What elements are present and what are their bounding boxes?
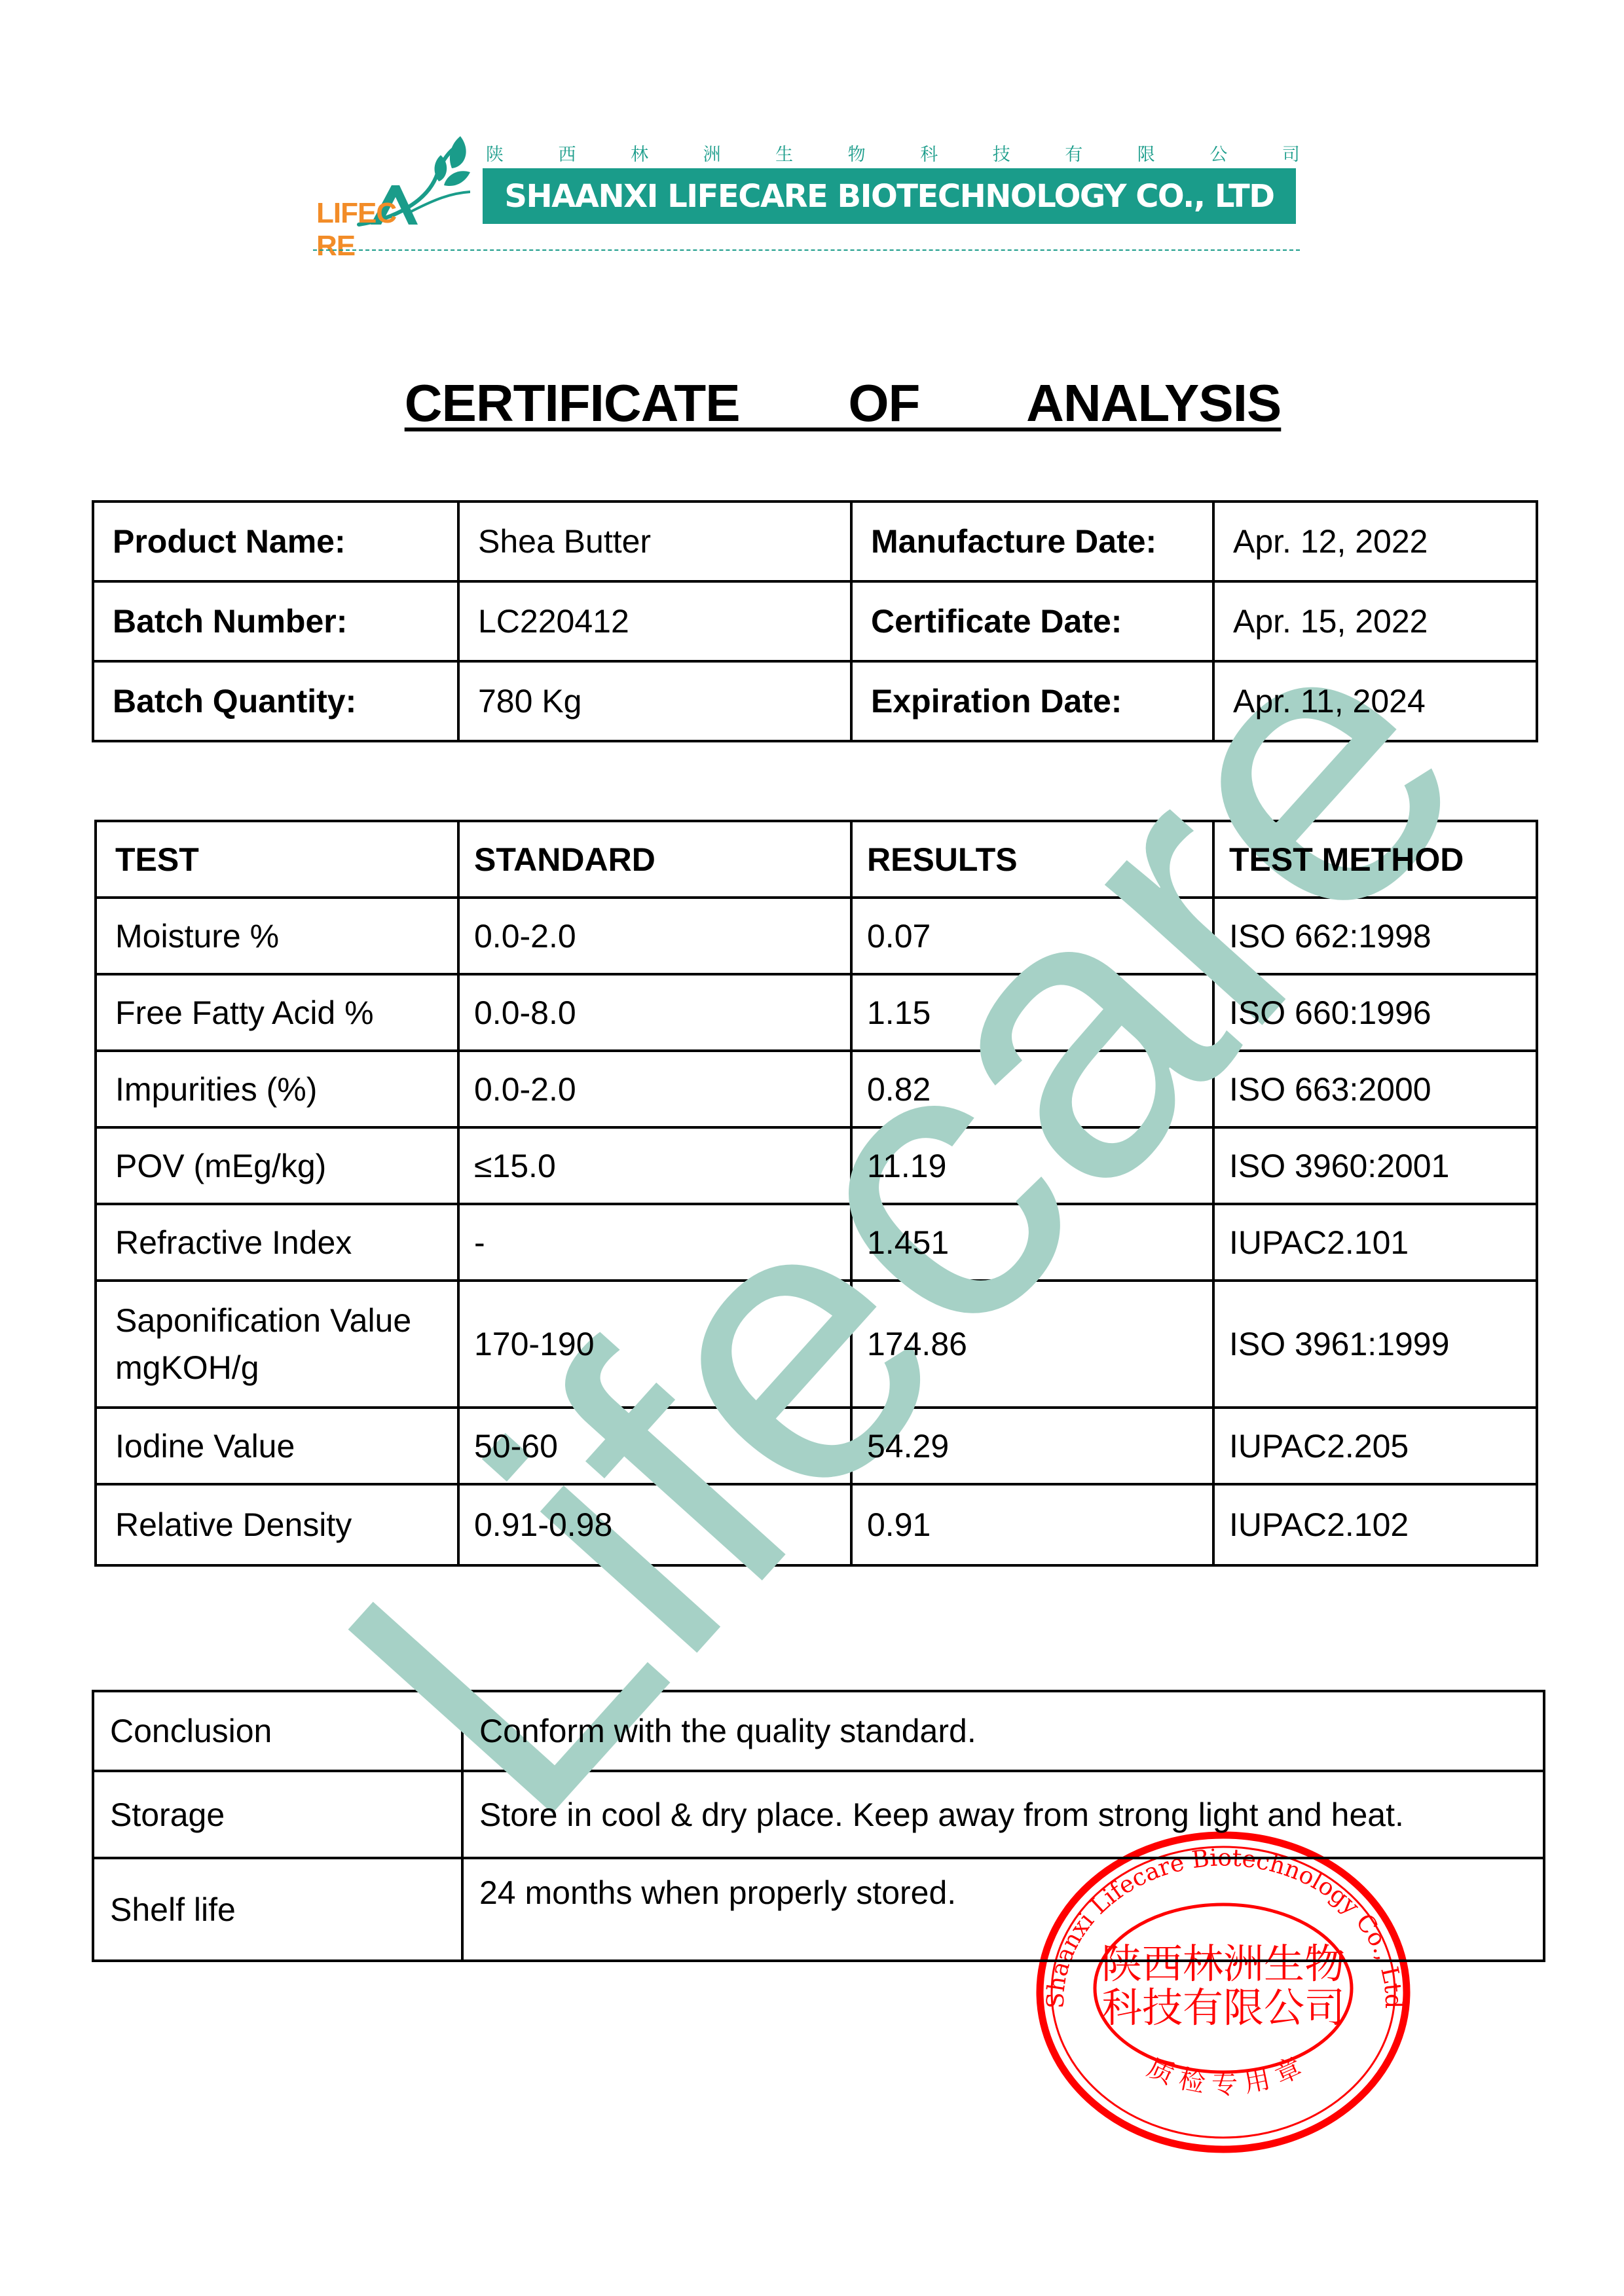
- info-value: Apr. 15, 2022: [1213, 581, 1537, 661]
- cn-char: 司: [1282, 140, 1300, 166]
- info-row: Batch Quantity: 780 Kg Expiration Date: …: [93, 661, 1537, 741]
- test-result: 1.451: [851, 1204, 1213, 1281]
- cn-char: 科: [920, 140, 938, 166]
- logo-word-left: LIFEC: [316, 197, 396, 229]
- info-value: Apr. 12, 2022: [1213, 501, 1537, 581]
- column-header-standard: STANDARD: [458, 821, 851, 898]
- test-standard: 0.0-2.0: [458, 898, 851, 974]
- column-header-test: TEST: [96, 821, 458, 898]
- table-row: Refractive Index - 1.451 IUPAC2.101: [96, 1204, 1537, 1281]
- test-standard: 0.91-0.98: [458, 1484, 851, 1565]
- cn-char: 限: [1137, 140, 1155, 166]
- info-value: Apr. 11, 2024: [1213, 661, 1537, 741]
- table-row: Moisture % 0.0-2.0 0.07 ISO 662:1998: [96, 898, 1537, 974]
- table-row: Shelf life 24 months when properly store…: [93, 1858, 1544, 1961]
- test-method: ISO 662:1998: [1213, 898, 1537, 974]
- info-label: Certificate Date:: [851, 581, 1213, 661]
- table-row: Conclusion Conform with the quality stan…: [93, 1691, 1544, 1771]
- test-method: IUPAC2.205: [1213, 1408, 1537, 1484]
- test-name: Impurities (%): [96, 1051, 458, 1127]
- test-method: IUPAC2.101: [1213, 1204, 1537, 1281]
- stamp-bottom-text: 质 检 专 用 章: [1143, 2052, 1306, 2100]
- test-result: 11.19: [851, 1127, 1213, 1204]
- cn-char: 林: [631, 140, 648, 166]
- info-label: Batch Number:: [93, 581, 458, 661]
- test-name: Relative Density: [96, 1484, 458, 1565]
- test-method: ISO 3960:2001: [1213, 1127, 1537, 1204]
- info-value: 780 Kg: [458, 661, 851, 741]
- info-value: Shea Butter: [458, 501, 851, 581]
- cn-char: 西: [559, 140, 576, 166]
- test-standard: 170-190: [458, 1281, 851, 1408]
- test-standard: -: [458, 1204, 851, 1281]
- info-value: LC220412: [458, 581, 851, 661]
- test-method: ISO 660:1996: [1213, 974, 1537, 1051]
- test-name: Refractive Index: [96, 1204, 458, 1281]
- test-result: 0.91: [851, 1484, 1213, 1565]
- test-name: Free Fatty Acid %: [96, 974, 458, 1051]
- test-name: Saponification ValuemgKOH/g: [96, 1281, 458, 1408]
- test-result: 54.29: [851, 1408, 1213, 1484]
- info-row: Batch Number: LC220412 Certificate Date:…: [93, 581, 1537, 661]
- test-standard: 0.0-2.0: [458, 1051, 851, 1127]
- company-logo: LIFECRE: [313, 134, 470, 232]
- logo-word-right: RE: [316, 230, 355, 262]
- test-results-table: TEST STANDARD RESULTS TEST METHOD Moistu…: [94, 820, 1538, 1567]
- title-text: CERTIFICATE OF ANALYSIS: [405, 374, 1282, 432]
- header-divider: [313, 249, 1300, 251]
- document-title: CERTIFICATE OF ANALYSIS: [0, 373, 1624, 433]
- column-header-results: RESULTS: [851, 821, 1213, 898]
- test-standard: 0.0-8.0: [458, 974, 851, 1051]
- test-name-line2: mgKOH/g: [115, 1349, 259, 1386]
- test-method: IUPAC2.102: [1213, 1484, 1537, 1565]
- note-label: Shelf life: [93, 1858, 462, 1961]
- note-label: Storage: [93, 1771, 462, 1858]
- test-name-line1: Saponification Value: [115, 1302, 411, 1339]
- info-row: Product Name: Shea Butter Manufacture Da…: [93, 501, 1537, 581]
- test-result: 0.82: [851, 1051, 1213, 1127]
- cn-char: 陕: [486, 140, 504, 166]
- cn-char: 洲: [703, 140, 721, 166]
- company-name-chinese: 陕 西 林 洲 生 物 科 技 有 限 公 司: [486, 140, 1300, 166]
- company-name-english: SHAANXI LIFECARE BIOTECHNOLOGY CO., LTD: [504, 178, 1274, 215]
- table-header-row: TEST STANDARD RESULTS TEST METHOD: [96, 821, 1537, 898]
- cn-char: 有: [1065, 140, 1082, 166]
- table-row: Relative Density 0.91-0.98 0.91 IUPAC2.1…: [96, 1484, 1537, 1565]
- table-row: POV (mEg/kg) ≤15.0 11.19 ISO 3960:2001: [96, 1127, 1537, 1204]
- info-label: Manufacture Date:: [851, 501, 1213, 581]
- test-standard: ≤15.0: [458, 1127, 851, 1204]
- test-standard: 50-60: [458, 1408, 851, 1484]
- table-row: Impurities (%) 0.0-2.0 0.82 ISO 663:2000: [96, 1051, 1537, 1127]
- test-method: ISO 3961:1999: [1213, 1281, 1537, 1408]
- cn-char: 公: [1209, 140, 1227, 166]
- test-name: Iodine Value: [96, 1408, 458, 1484]
- company-name-banner: SHAANXI LIFECARE BIOTECHNOLOGY CO., LTD: [483, 168, 1296, 224]
- info-label: Expiration Date:: [851, 661, 1213, 741]
- product-info-table: Product Name: Shea Butter Manufacture Da…: [92, 500, 1538, 742]
- test-name: POV (mEg/kg): [96, 1127, 458, 1204]
- table-row: Iodine Value 50-60 54.29 IUPAC2.205: [96, 1408, 1537, 1484]
- conclusion-table: Conclusion Conform with the quality stan…: [92, 1690, 1545, 1962]
- cn-char: 生: [775, 140, 793, 166]
- test-result: 174.86: [851, 1281, 1213, 1408]
- info-label: Product Name:: [93, 501, 458, 581]
- note-value: Store in cool & dry place. Keep away fro…: [462, 1771, 1544, 1858]
- logo-wordmark: LIFECRE: [316, 197, 470, 263]
- note-value: 24 months when properly stored.: [462, 1858, 1544, 1961]
- stamp-center-line2: 科技有限公司: [1101, 1984, 1345, 2032]
- table-row: Saponification ValuemgKOH/g 170-190 174.…: [96, 1281, 1537, 1408]
- column-header-method: TEST METHOD: [1213, 821, 1537, 898]
- test-result: 0.07: [851, 898, 1213, 974]
- test-name: Moisture %: [96, 898, 458, 974]
- info-label: Batch Quantity:: [93, 661, 458, 741]
- table-row: Free Fatty Acid % 0.0-8.0 1.15 ISO 660:1…: [96, 974, 1537, 1051]
- cn-char: 物: [848, 140, 866, 166]
- note-value: Conform with the quality standard.: [462, 1691, 1544, 1771]
- note-label: Conclusion: [93, 1691, 462, 1771]
- cn-char: 技: [993, 140, 1010, 166]
- test-result: 1.15: [851, 974, 1213, 1051]
- table-row: Storage Store in cool & dry place. Keep …: [93, 1771, 1544, 1858]
- test-method: ISO 663:2000: [1213, 1051, 1537, 1127]
